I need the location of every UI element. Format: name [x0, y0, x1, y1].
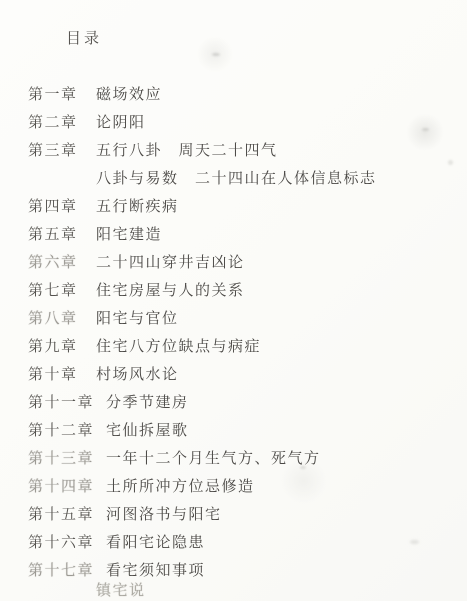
chapter-title: 分季节建房 [106, 391, 189, 412]
chapter-number-label: 第十四章 [28, 475, 94, 496]
toc-entry: 第二章 论阴阳 [0, 107, 467, 135]
chapter-number-label: 第十三章 [28, 447, 94, 468]
chapter-number-label: 第一章 [28, 83, 84, 104]
toc-entry: 第六章 二十四山穿井吉凶论 [0, 247, 467, 275]
chapter-number-label: 第六章 [28, 251, 84, 272]
toc-entry: 第十三章 一年十二个月生气方、死气方 [0, 443, 467, 471]
chapter-number-label: 第十章 [28, 363, 84, 384]
toc-entry: 第四章 五行断疾病 [0, 191, 467, 219]
chapter-number-label: 第四章 [28, 195, 84, 216]
chapter-title: 村场风水论 [96, 363, 179, 384]
scan-noise-speck [212, 53, 220, 56]
toc-entry: 第十六章 看阳宅论隐患 [0, 527, 467, 555]
toc-entry: 八卦与易数 二十四山在人体信息标志 [0, 163, 467, 191]
chapter-number-label: 第二章 [28, 111, 84, 132]
toc-entry: 第十五章 河图洛书与阳宅 [0, 499, 467, 527]
page-title: 目录 [66, 28, 467, 48]
chapter-number-label: 第十七章 [28, 559, 94, 580]
chapter-title: 二十四山穿井吉凶论 [96, 251, 245, 272]
toc-entry: 第三章 五行八卦 周天二十四气 [0, 135, 467, 163]
chapter-number-label: 第七章 [28, 279, 84, 300]
chapter-number-label: 第三章 [28, 139, 84, 160]
chapter-title: 一年十二个月生气方、死气方 [106, 447, 321, 468]
chapter-title: 土所所冲方位忌修造 [106, 475, 255, 496]
chapter-title: 镇宅说 [96, 579, 146, 600]
chapter-title: 阳宅与官位 [96, 307, 179, 328]
chapter-title: 阳宅建造 [96, 223, 162, 244]
chapter-title: 看阳宅论隐患 [106, 531, 205, 552]
chapter-number-label: 第九章 [28, 335, 84, 356]
toc-entry: 第八章 阳宅与官位 [0, 303, 467, 331]
scanned-toc-page: 目录 第一章 磁场效应 第二章 论阴阳 第三章 五行八卦 周天二十四气 八卦与易… [0, 0, 467, 601]
chapter-title: 看宅须知事项 [106, 559, 205, 580]
toc-entry: 第七章 住宅房屋与人的关系 [0, 275, 467, 303]
chapter-title: 五行八卦 周天二十四气 [96, 139, 278, 160]
toc-entry: 第十四章 土所所冲方位忌修造 [0, 471, 467, 499]
chapter-number-label: 第五章 [28, 223, 84, 244]
chapter-number-label: 第十二章 [28, 419, 94, 440]
chapter-title: 宅仙拆屋歌 [106, 419, 189, 440]
chapter-title: 河图洛书与阳宅 [106, 503, 222, 524]
chapter-title: 论阴阳 [96, 111, 146, 132]
chapter-title: 住宅房屋与人的关系 [96, 279, 245, 300]
chapter-number-label: 第十六章 [28, 531, 94, 552]
chapter-number-label: 第十一章 [28, 391, 94, 412]
chapter-title: 磁场效应 [96, 83, 162, 104]
chapter-title: 住宅八方位缺点与病症 [96, 335, 261, 356]
toc-entry: 第十章 村场风水论 [0, 359, 467, 387]
chapter-title: 八卦与易数 二十四山在人体信息标志 [96, 167, 377, 188]
toc-list: 第一章 磁场效应 第二章 论阴阳 第三章 五行八卦 周天二十四气 八卦与易数 二… [0, 79, 467, 601]
toc-entry: 第十一章 分季节建房 [0, 387, 467, 415]
chapter-number-label: 第八章 [28, 307, 84, 328]
toc-entry: 第一章 磁场效应 [0, 79, 467, 107]
toc-entry: 第五章 阳宅建造 [0, 219, 467, 247]
chapter-number-label: 第十五章 [28, 503, 94, 524]
toc-entry: 第十二章 宅仙拆屋歌 [0, 415, 467, 443]
toc-entry: 第九章 住宅八方位缺点与病症 [0, 331, 467, 359]
chapter-title: 五行断疾病 [96, 195, 179, 216]
